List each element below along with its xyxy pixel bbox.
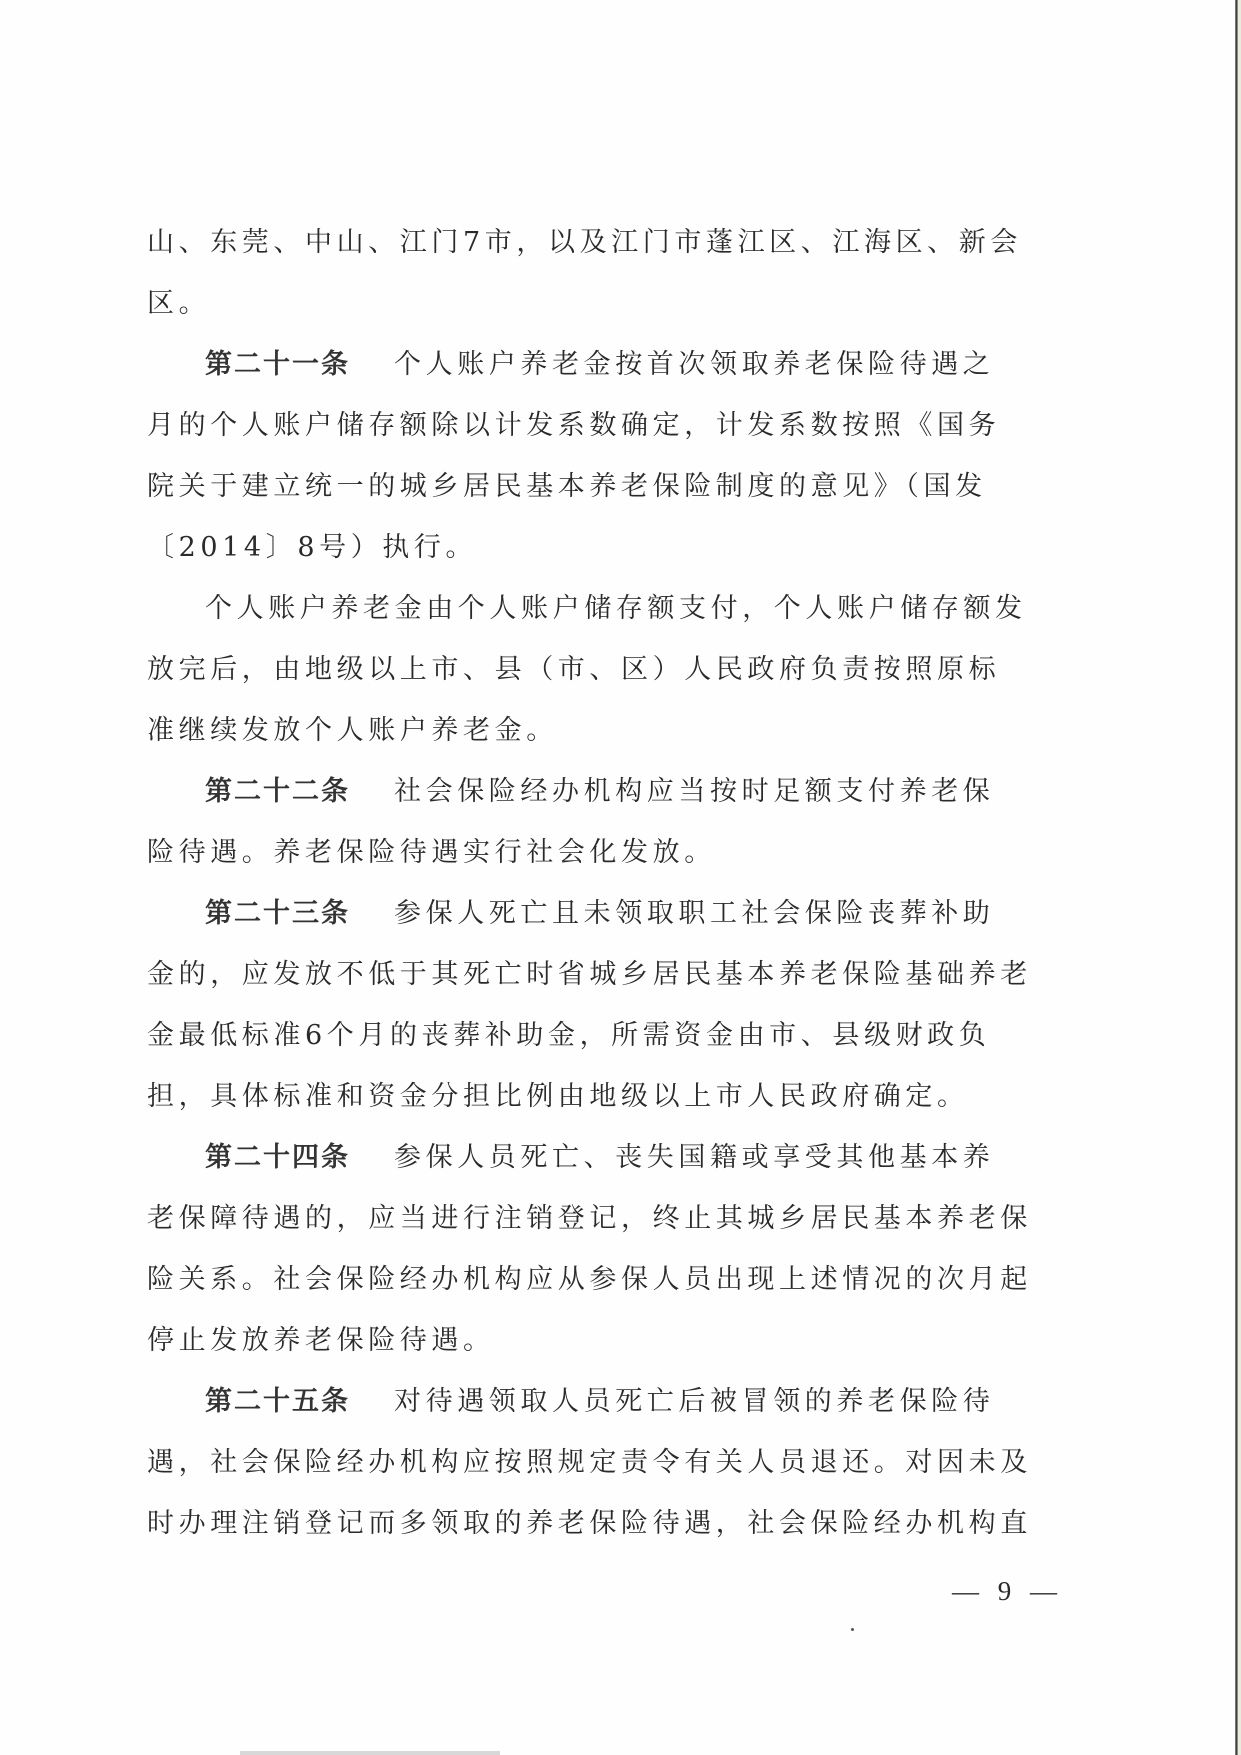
article-24-heading-line: 第二十四条参保人员死亡、丧失国籍或享受其他基本养 [147,1127,959,1188]
text-line-15: 担，具体标准和资金分担比例由地级以上市人民政府确定。 [147,1066,959,1127]
text-line-5: 院关于建立统一的城乡居民基本养老保险制度的意见》（国发 [147,456,959,517]
article-number: 第二十一条 [205,349,350,380]
line-text: 社会保险经办机构应当按时足额支付养老保 [394,776,994,807]
line-text: 时办理注销登记而多领取的养老保险待遇，社会保险经办机构直 [147,1508,1032,1539]
line-text: 险待遇。养老保险待遇实行社会化发放。 [147,837,716,868]
text-line-11: 险待遇。养老保险待遇实行社会化发放。 [147,822,959,883]
article-number: 第二十二条 [205,776,350,807]
line-text: 对待遇领取人员死亡后被冒领的养老保险待 [394,1386,994,1417]
line-text: 个人账户养老金按首次领取养老保险待遇之 [394,349,994,380]
line-text: 个人账户养老金由个人账户储存额支付，个人账户储存额发 [205,593,1027,624]
text-line-1: 山、东莞、中山、江门7市，以及江门市蓬江区、江海区、新会 [147,212,959,273]
line-text: 老保障待遇的，应当进行注销登记，终止其城乡居民基本养老保 [147,1203,1032,1234]
document-page: 山、东莞、中山、江门7市，以及江门市蓬江区、江海区、新会 区。 第二十一条个人账… [0,0,1241,1755]
article-22-heading-line: 第二十二条社会保险经办机构应当按时足额支付养老保 [147,761,959,822]
page-number: — 9 — [952,1576,1063,1607]
article-number: 第二十三条 [205,898,350,929]
article-number: 第二十四条 [205,1142,350,1173]
article-23-heading-line: 第二十三条参保人死亡且未领取职工社会保险丧葬补助 [147,883,959,944]
document-body: 山、东莞、中山、江门7市，以及江门市蓬江区、江海区、新会 区。 第二十一条个人账… [147,212,959,1554]
text-line-14: 金最低标准6个月的丧葬补助金，所需资金由市、县级财政负 [147,1005,959,1066]
text-line-22: 时办理注销登记而多领取的养老保险待遇，社会保险经办机构直 [147,1493,959,1554]
line-text: 遇，社会保险经办机构应按照规定责令有关人员退还。对因未及 [147,1447,1032,1478]
article-25-heading-line: 第二十五条对待遇领取人员死亡后被冒领的养老保险待 [147,1371,959,1432]
line-text: 院关于建立统一的城乡居民基本养老保险制度的意见》（国发 [147,471,987,502]
article-21-heading-line: 第二十一条个人账户养老金按首次领取养老保险待遇之 [147,334,959,395]
line-text: 金最低标准6个月的丧葬补助金，所需资金由市、县级财政负 [147,1020,990,1051]
line-text: 金的，应发放不低于其死亡时省城乡居民基本养老保险基础养老 [147,959,1032,990]
text-line-9: 准继续发放个人账户养老金。 [147,700,959,761]
line-text: 月的个人账户储存额除以计发系数确定，计发系数按照《国务 [147,410,1000,441]
text-line-13: 金的，应发放不低于其死亡时省城乡居民基本养老保险基础养老 [147,944,959,1005]
scan-bottom-shadow [240,1751,500,1755]
line-text: 区。 [147,288,210,319]
line-text: 停止发放养老保险待遇。 [147,1325,495,1356]
text-line-18: 险关系。社会保险经办机构应从参保人员出现上述情况的次月起 [147,1249,959,1310]
line-text: 山、东莞、中山、江门7市，以及江门市蓬江区、江海区、新会 [147,227,1022,258]
text-line-8: 放完后，由地级以上市、县（市、区）人民政府负责按照原标 [147,639,959,700]
line-text: 〔2014〕8号）执行。 [147,532,477,563]
article-number: 第二十五条 [205,1386,350,1417]
text-line-6: 〔2014〕8号）执行。 [147,517,959,578]
line-text: 放完后，由地级以上市、县（市、区）人民政府负责按照原标 [147,654,1000,685]
text-line-4: 月的个人账户储存额除以计发系数确定，计发系数按照《国务 [147,395,959,456]
paragraph-line: 个人账户养老金由个人账户储存额支付，个人账户储存额发 [147,578,959,639]
text-line-17: 老保障待遇的，应当进行注销登记，终止其城乡居民基本养老保 [147,1188,959,1249]
line-text: 险关系。社会保险经办机构应从参保人员出现上述情况的次月起 [147,1264,1032,1295]
line-text: 准继续发放个人账户养老金。 [147,715,558,746]
text-line-21: 遇，社会保险经办机构应按照规定责令有关人员退还。对因未及 [147,1432,959,1493]
line-text: 参保人员死亡、丧失国籍或享受其他基本养 [394,1142,994,1173]
scan-speck [851,1628,854,1631]
text-line-2: 区。 [147,273,959,334]
line-text: 担，具体标准和资金分担比例由地级以上市人民政府确定。 [147,1081,969,1112]
line-text: 参保人死亡且未领取职工社会保险丧葬补助 [394,898,994,929]
text-line-19: 停止发放养老保险待遇。 [147,1310,959,1371]
